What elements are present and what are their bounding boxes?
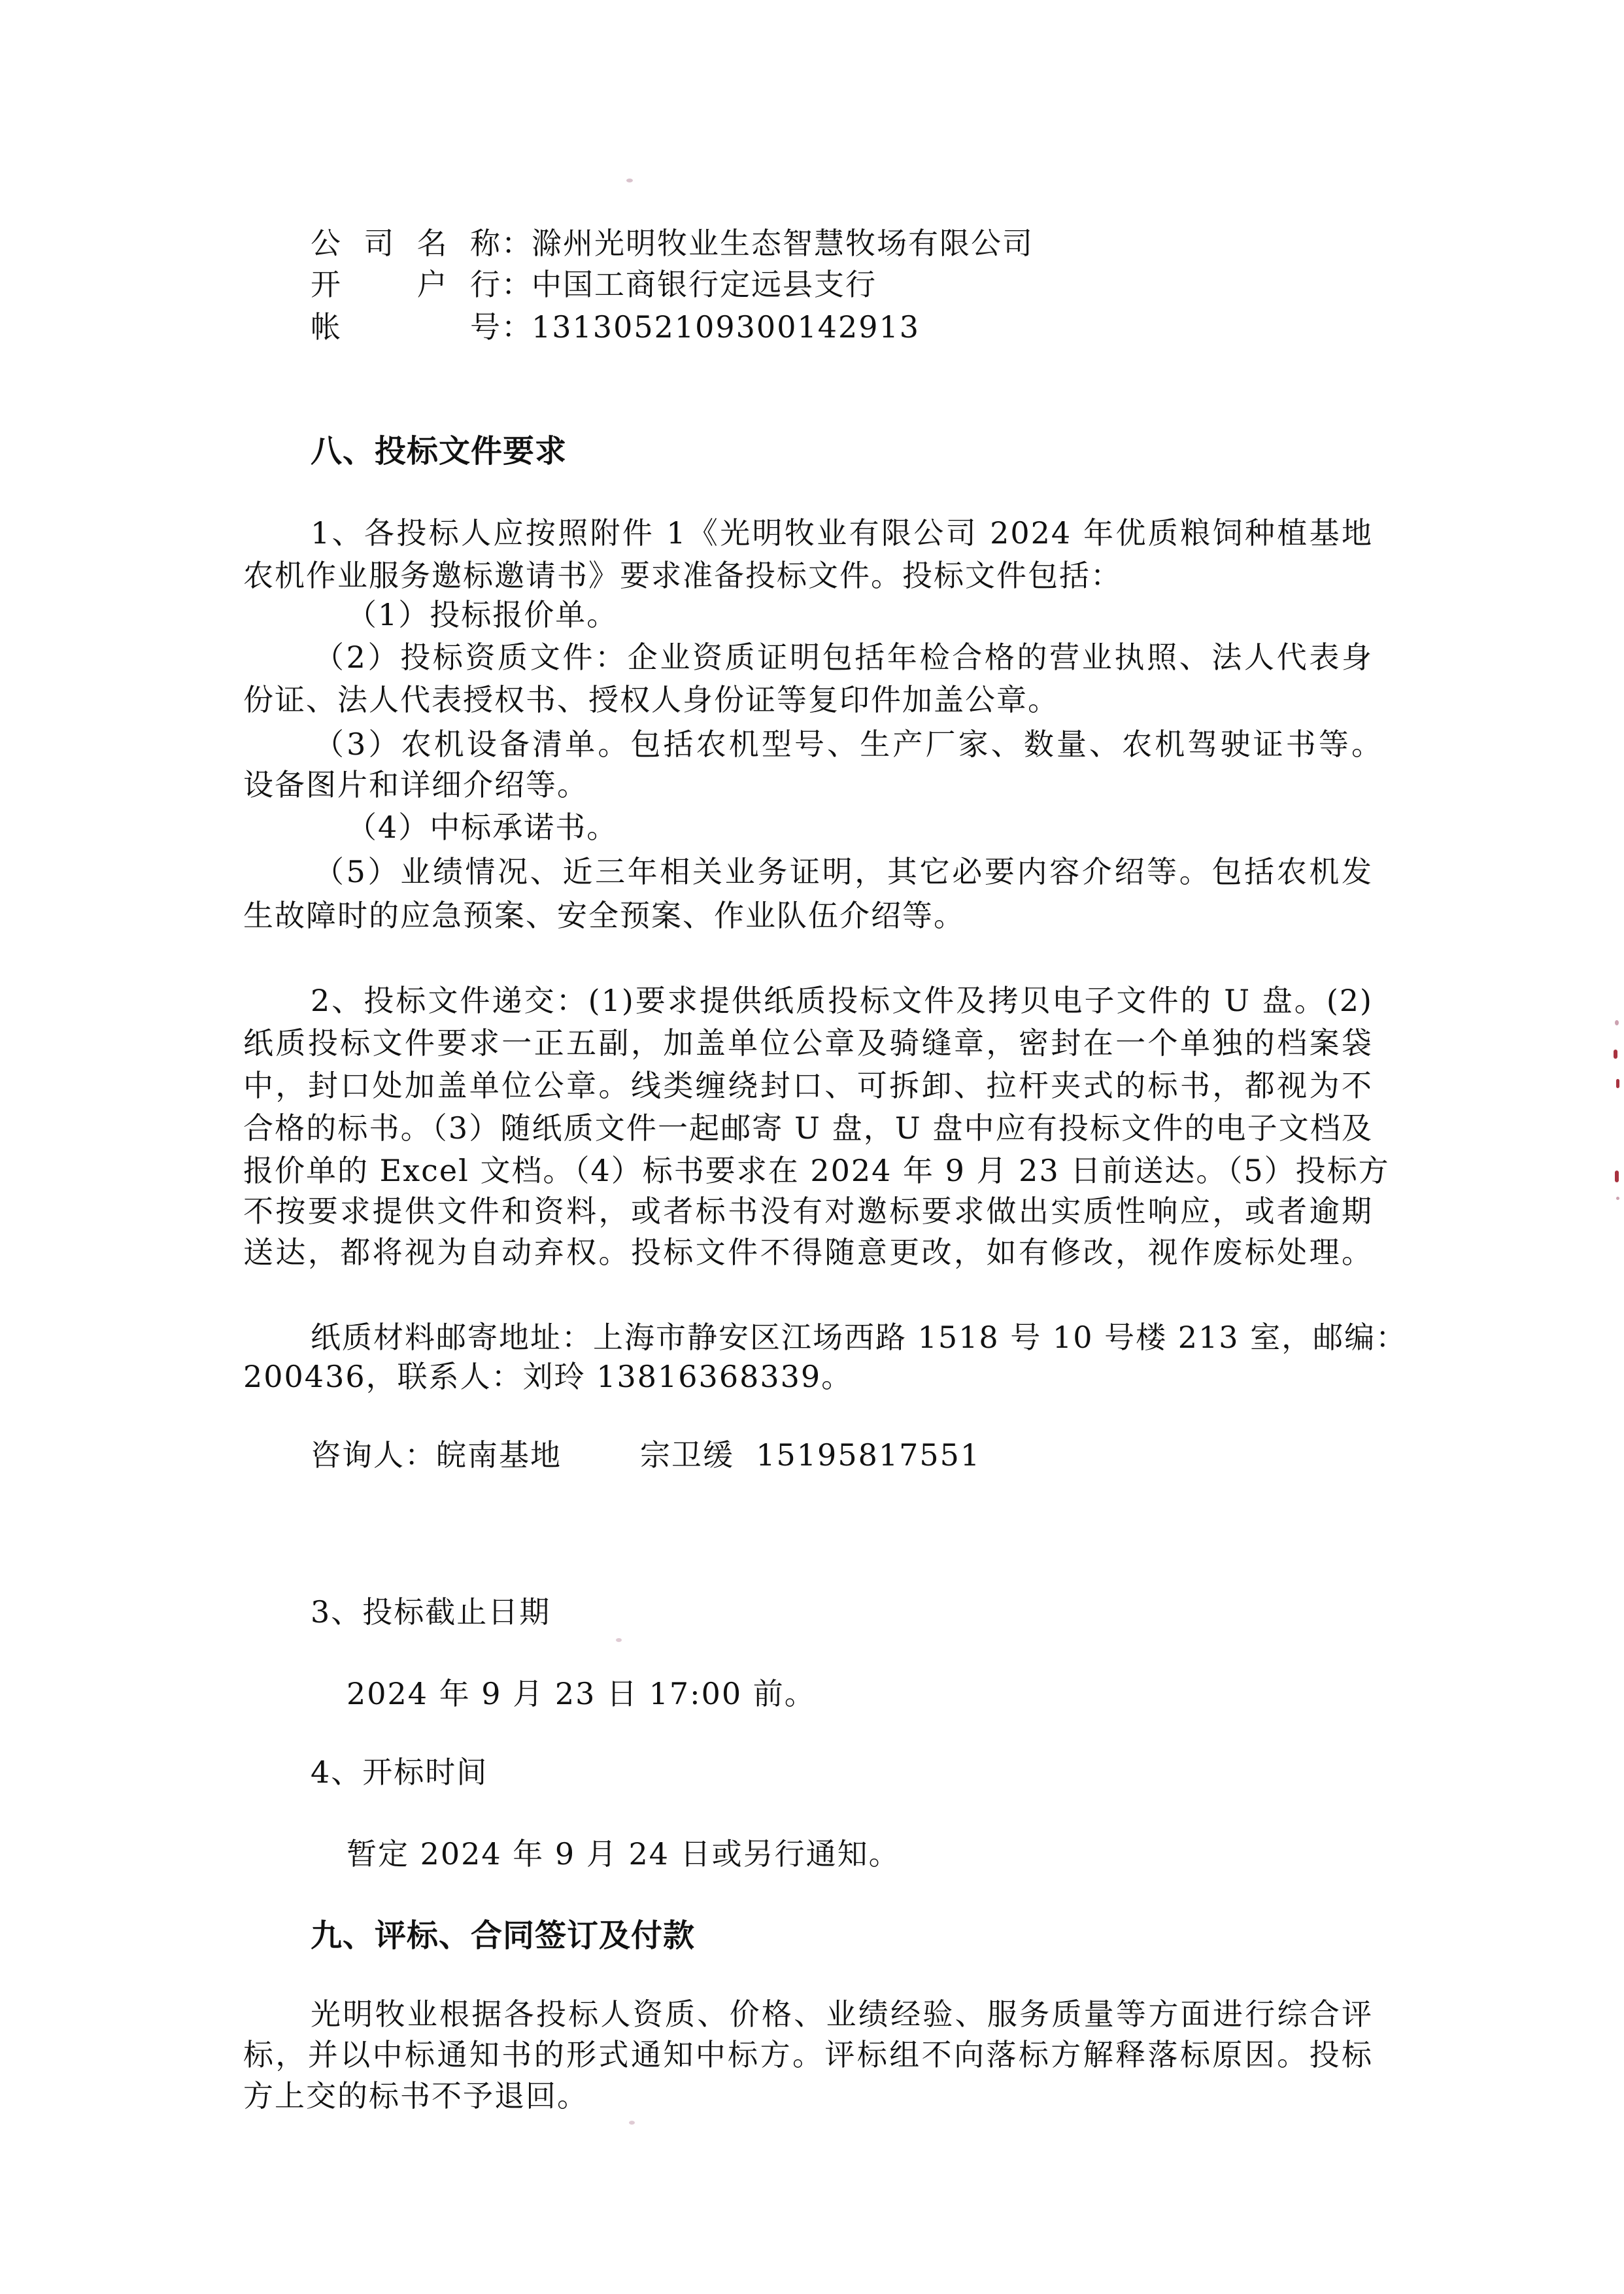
subitem-5-line-1: （5）业绩情况、近三年相关业务证明，其它必要内容介绍等。包括农机发 [314, 852, 1373, 891]
company-name-row: 公 司 名 称：滁州光明牧业生态智慧牧场有限公司 [311, 224, 1034, 263]
scan-speck [626, 179, 633, 182]
section-9-heading: 九、评标、合同签订及付款 [311, 1916, 695, 1955]
seal-fragment [1615, 1171, 1619, 1182]
mailing-line-1: 纸质材料邮寄地址：上海市静安区江场西路 1518 号 10 号楼 213 室，邮… [311, 1318, 1373, 1357]
item2-line-4: 合格的标书。（3）随纸质文件一起邮寄 U 盘，U 盘中应有投标文件的电子文档及 [243, 1108, 1373, 1148]
consultant-name: 宗卫缓 [640, 1437, 734, 1473]
consultant-label: 咨询人：皖南基地 [311, 1437, 562, 1473]
item3-title: 3、投标截止日期 [311, 1592, 550, 1632]
item3-value: 2024 年 9 月 23 日 17:00 前。 [347, 1674, 816, 1713]
section9-line-3: 方上交的标书不予退回。 [243, 2076, 588, 2115]
consultant-row: 咨询人：皖南基地宗卫缓 15195817551 [311, 1435, 981, 1475]
subitem-1: （1）投标报价单。 [347, 595, 618, 634]
scan-speck [629, 2121, 635, 2125]
account-value: 1313052109300142913 [532, 309, 920, 345]
seal-fragment [1614, 1050, 1617, 1059]
account-row: 帐 号：1313052109300142913 [311, 307, 920, 347]
item1-line-1: 1、各投标人应按照附件 1《光明牧业有限公司 2024 年优质粮饲种植基地 [311, 513, 1373, 553]
subitem-3-line-2: 设备图片和详细介绍等。 [243, 765, 588, 804]
section-8-heading: 八、投标文件要求 [311, 432, 567, 471]
item2-line-2: 纸质投标文件要求一正五副，加盖单位公章及骑缝章，密封在一个单独的档案袋 [243, 1023, 1373, 1063]
section9-line-1: 光明牧业根据各投标人资质、价格、业绩经验、服务质量等方面进行综合评 [311, 1994, 1373, 2034]
item4-value: 暂定 2024 年 9 月 24 日或另行通知。 [347, 1834, 900, 1874]
company-name-value: 滁州光明牧业生态智慧牧场有限公司 [532, 226, 1034, 261]
bank-value: 中国工商银行定远县支行 [532, 267, 877, 302]
subitem-4: （4）中标承诺书。 [347, 808, 618, 847]
seal-fragment [1616, 1197, 1619, 1200]
item1-line-2: 农机作业服务邀标邀请书》要求准备投标文件。投标文件包括： [243, 556, 1122, 595]
subitem-2-line-1: （2）投标资质文件：企业资质证明包括年检合格的营业执照、法人代表身 [314, 638, 1373, 677]
seal-fragment [1616, 1079, 1619, 1088]
company-name-label: 公 司 名 称 [311, 224, 501, 263]
scan-speck [616, 1638, 622, 1642]
item2-line-3: 中，封口处加盖单位公章。线类缠绕封口、可拆卸、拉杆夹式的标书，都视为不 [243, 1066, 1373, 1105]
item2-line-5: 报价单的 Excel 文档。（4）标书要求在 2024 年 9 月 23 日前送… [243, 1151, 1373, 1190]
item4-title: 4、开标时间 [311, 1753, 488, 1792]
item2-line-6: 不按要求提供文件和资料，或者标书没有对邀标要求做出实质性响应，或者逾期 [243, 1191, 1373, 1231]
section9-line-2: 标，并以中标通知书的形式通知中标方。评标组不向落标方解释落标原因。投标 [243, 2035, 1373, 2074]
mailing-line-2: 200436，联系人：刘玲 13816368339。 [243, 1357, 853, 1396]
item2-line-1: 2、投标文件递交：(1)要求提供纸质投标文件及拷贝电子文件的 U 盘。(2) [311, 981, 1373, 1020]
consultant-phone: 15195817551 [756, 1437, 981, 1473]
bank-row: 开 户 行：中国工商银行定远县支行 [311, 265, 877, 304]
subitem-5-line-2: 生故障时的应急预案、安全预案、作业队伍介绍等。 [243, 896, 965, 935]
subitem-3-line-1: （3）农机设备清单。包括农机型号、生产厂家、数量、农机驾驶证书等。 [314, 725, 1383, 764]
item2-line-7: 送达，都将视为自动弃权。投标文件不得随意更改，如有修改，视作废标处理。 [243, 1233, 1373, 1272]
bank-label: 开 户 行 [311, 265, 501, 304]
subitem-2-line-2: 份证、法人代表授权书、授权人身份证等复印件加盖公章。 [243, 680, 1059, 719]
seal-fragment [1615, 1020, 1619, 1025]
account-label: 帐 号 [311, 307, 501, 347]
